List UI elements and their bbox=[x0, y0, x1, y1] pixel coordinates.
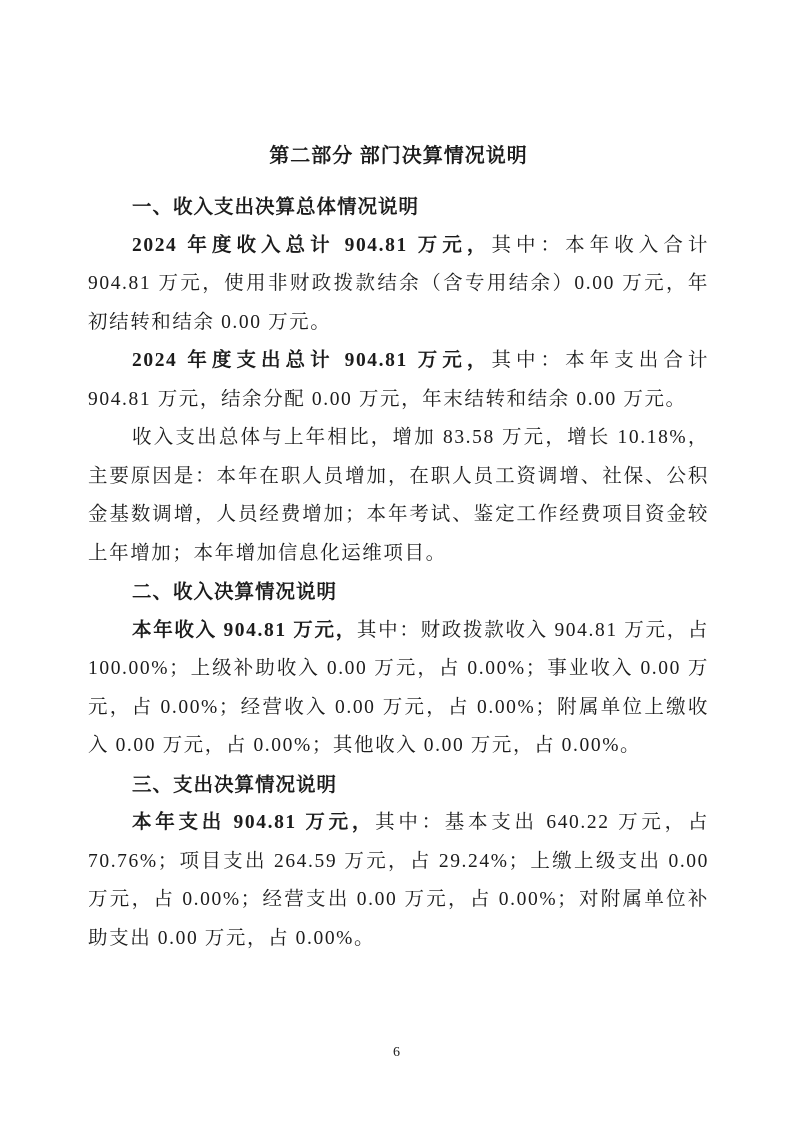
paragraph-expenditure-breakdown: 本年支出 904.81 万元，其中：基本支出 640.22 万元，占 70.76… bbox=[88, 804, 709, 958]
paragraph-lead: 2024 年度收入总计 904.81 万元， bbox=[132, 235, 491, 256]
paragraph-lead: 2024 年度支出总计 904.81 万元， bbox=[132, 350, 491, 371]
paragraph-total-income: 2024 年度收入总计 904.81 万元，其中：本年收入合计 904.81 万… bbox=[88, 227, 709, 343]
document-page: 第二部分 部门决算情况说明 一、收入支出决算总体情况说明 2024 年度收入总计… bbox=[0, 0, 793, 1122]
page-number: 6 bbox=[0, 1045, 793, 1060]
paragraph-year-over-year-comparison: 收入支出总体与上年相比，增加 83.58 万元，增长 10.18%，主要原因是：… bbox=[88, 419, 709, 573]
paragraph-lead: 本年收入 904.81 万元， bbox=[132, 620, 357, 641]
paragraph-total-expenditure: 2024 年度支出总计 904.81 万元，其中：本年支出合计 904.81 万… bbox=[88, 342, 709, 419]
section-heading-income-expenditure-overview: 一、收入支出决算总体情况说明 bbox=[88, 188, 709, 227]
section-heading-income-details: 二、收入决算情况说明 bbox=[88, 573, 709, 612]
paragraph-text: 收入支出总体与上年相比，增加 83.58 万元，增长 10.18%，主要原因是：… bbox=[88, 427, 709, 564]
paragraph-lead: 本年支出 904.81 万元， bbox=[132, 812, 375, 833]
section-heading-expenditure-details: 三、支出决算情况说明 bbox=[88, 766, 709, 805]
page-title: 第二部分 部门决算情况说明 bbox=[88, 140, 709, 172]
paragraph-income-breakdown: 本年收入 904.81 万元，其中：财政拨款收入 904.81 万元，占 100… bbox=[88, 612, 709, 766]
